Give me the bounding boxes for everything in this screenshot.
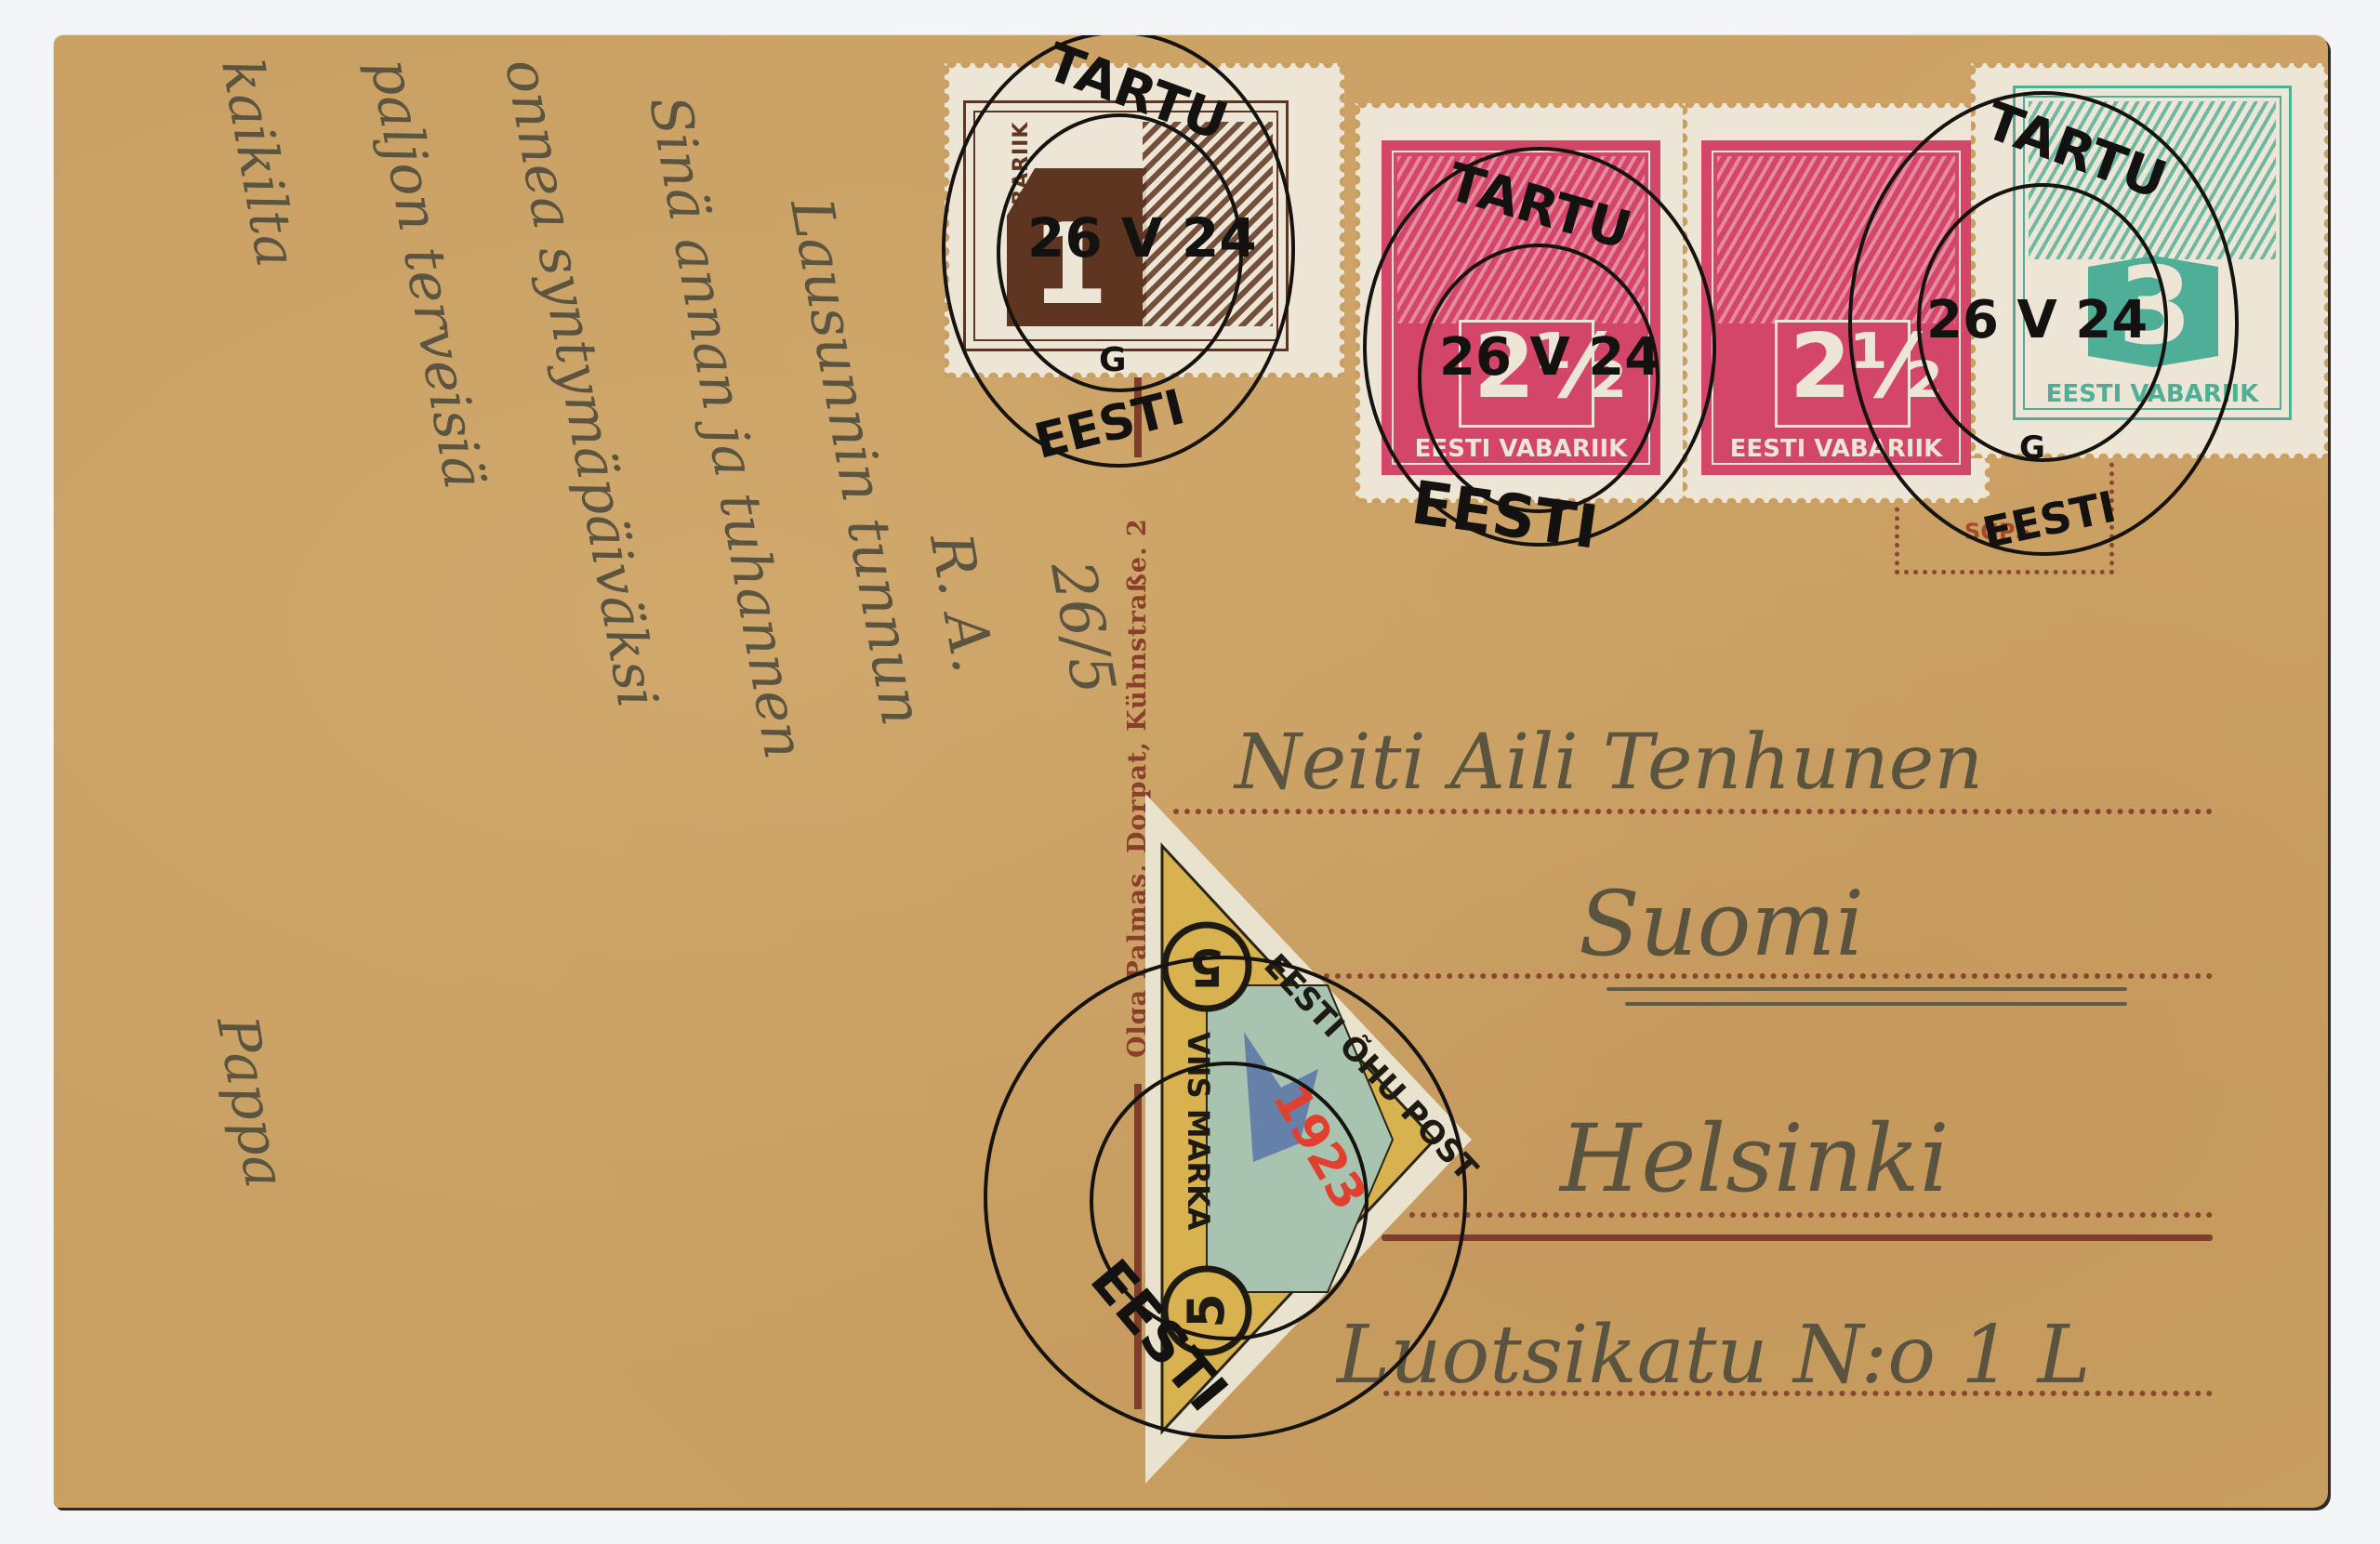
date-written: 26/5 [1037,556,1128,699]
address-line-3 [1409,1212,2213,1218]
postmark-airmail: EESTI [984,956,1467,1439]
address-line-4 [1383,1391,2213,1396]
postmark-3: TARTU 26 V 24 G EESTI [1848,91,2239,556]
postcard: kaikilta paljon terveisiä onnea syntymäp… [54,35,2328,1508]
address-city: Helsinki [1560,1104,1950,1213]
underline-2 [1625,1002,2127,1006]
message-line: paljon terveisiä [357,54,496,495]
signature: Pappa [204,1011,297,1193]
underline-1 [1606,987,2127,991]
message-line: onnea syntymäpäiväksi [492,54,670,713]
initials: R. A. [917,528,1008,678]
address-rule [1382,1234,2213,1241]
message-line: kaikilta [208,54,309,272]
address-country: Suomi [1579,872,1864,976]
postmark-1: TARTU 26 V 24 G EESTI [942,35,1295,468]
message-line: Lausunnin tunnun [777,193,937,731]
